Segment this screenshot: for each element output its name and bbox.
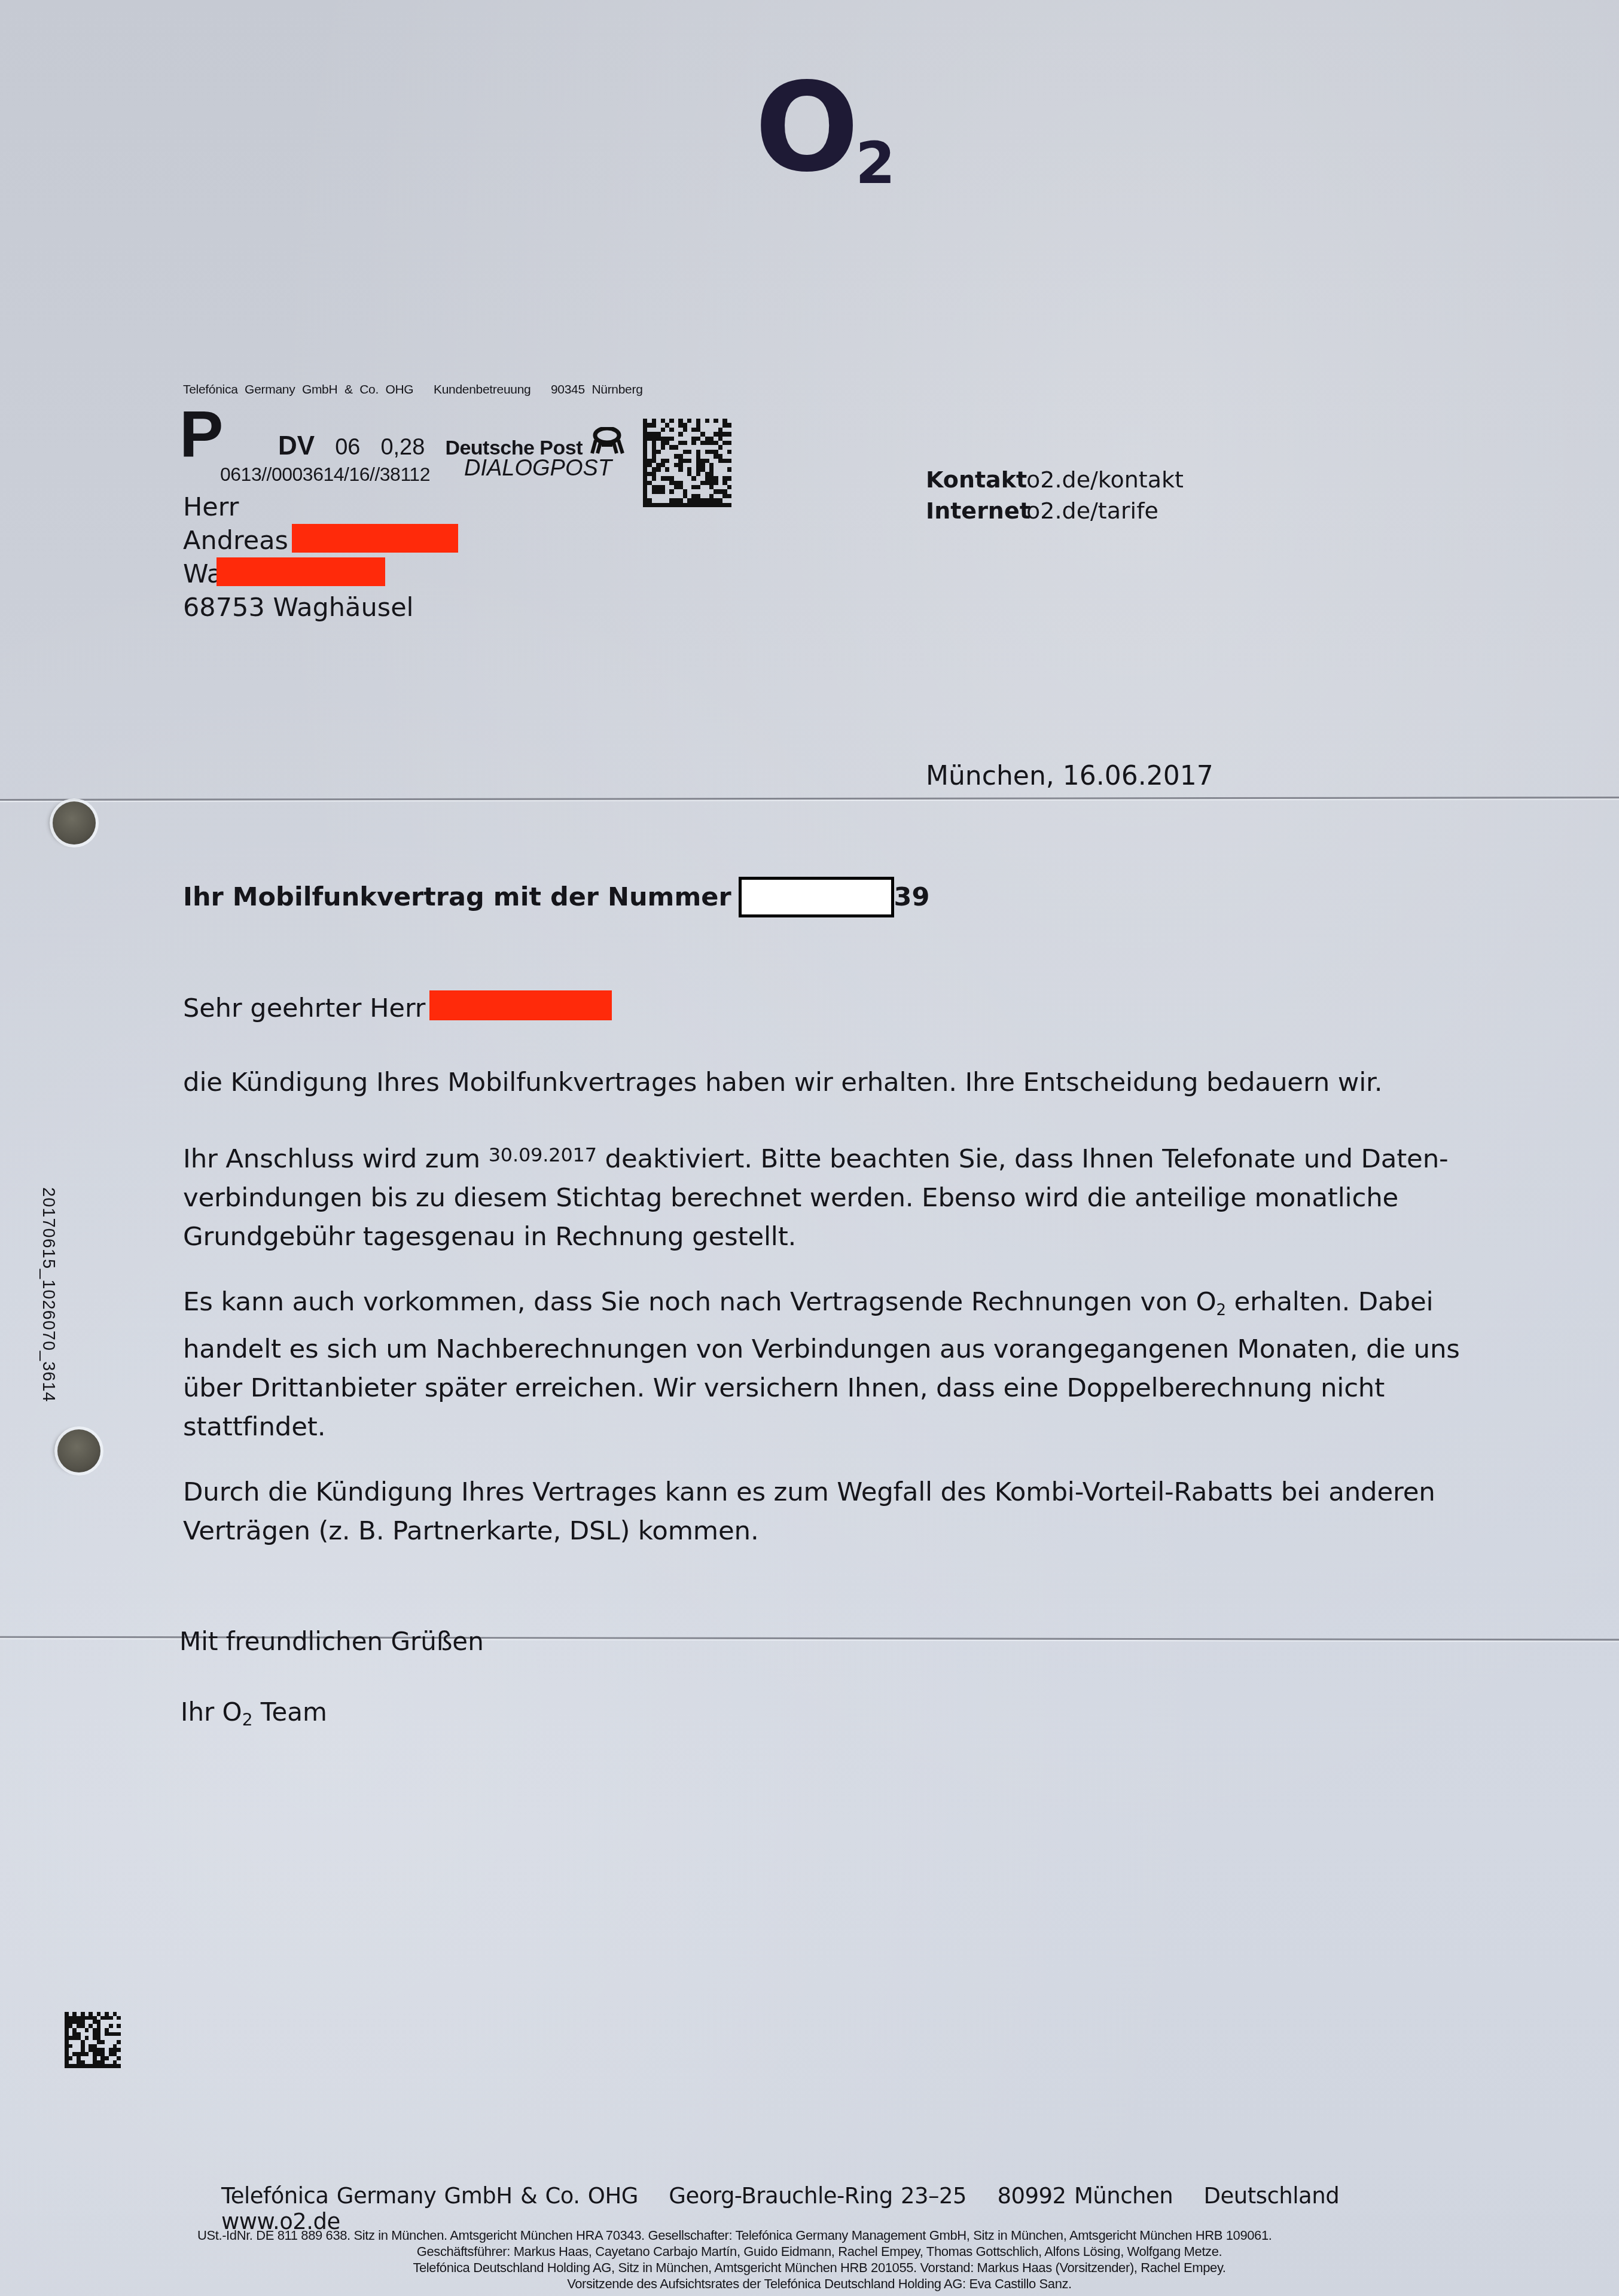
closing: Mit freundlichen Grüßen [179,1627,484,1656]
legal-line: Geschäftsführer: Markus Haas, Cayetano C… [197,2243,1441,2260]
paragraph-later-invoices: Es kann auch vorkommen, dass Sie noch na… [183,1283,1475,1447]
signature: Ihr O2 Team [181,1697,327,1730]
contact-row: Kontakto2.de/kontakt [926,464,1184,495]
datamatrix-code-icon [643,419,731,507]
postage-service: DIALOGPOST [464,456,612,481]
contact-block: Kontakto2.de/kontakt Interneto2.de/tarif… [926,464,1184,526]
postage-dv: DV [278,431,315,461]
posthorn-icon [590,427,624,455]
recipient-address: Herr Andreas Wa 68753 Waghäusel [183,490,458,624]
paragraph-receipt: die Kündigung Ihres Mobilfunkvertrages h… [183,1063,1475,1102]
footer-city: 80992 München [997,2183,1173,2209]
recipient-street-line: Wa [183,557,458,591]
redaction-box [217,557,385,586]
punch-hole [57,1429,100,1472]
postage-price: 0,28 [380,435,425,461]
paragraph-discount: Durch die Kündigung Ihres Vertrages kann… [183,1473,1475,1551]
footer-company: Telefónica Germany GmbH & Co. OHG [221,2183,638,2209]
recipient-city: 68753 Waghäusel [183,591,458,624]
side-tracking-code: 20170615_1026070_3614 [38,1187,58,1402]
internet-link[interactable]: o2.de/tarife [1026,498,1158,524]
redaction-box [292,524,458,553]
letter-date: München, 16.06.2017 [926,761,1214,791]
subject-text: Ihr Mobilfunkvertrag mit der Nummer [183,882,731,912]
recipient-salutation: Herr [183,490,458,524]
postage-p-mark: P [179,402,223,468]
legal-line: Telefónica Deutschland Holding AG, Sitz … [197,2260,1441,2276]
logo-subscript: 2 [855,130,895,197]
o2-logo-icon: O2 [755,67,897,190]
footer-legal: USt.-IdNr. DE 811 889 638. Sitz in Münch… [197,2227,1441,2292]
sender-department: Kundenbetreuung [434,383,531,397]
text: Es kann auch vorkommen, dass Sie noch na… [183,1287,1216,1317]
contact-label: Internet [926,495,1026,526]
subscript: 2 [242,1710,253,1730]
salutation: Sehr geehrter Herr [183,990,612,1023]
punch-hole [53,801,96,844]
datamatrix-code-icon [65,2012,121,2068]
recipient-name-line: Andreas [183,524,458,557]
contact-row: Interneto2.de/tarife [926,495,1184,526]
paragraph-deactivation: Ihr Anschluss wird zum 30.09.2017 deakti… [183,1136,1475,1257]
text: Team [253,1697,327,1727]
text: Ihr Anschluss wird zum [183,1144,480,1174]
contact-label: Kontakt [926,464,1026,495]
legal-line: USt.-IdNr. DE 811 889 638. Sitz in Münch… [197,2227,1441,2243]
postage-reference: 0613//0003614/16//38112 [220,464,430,486]
redaction-box [429,990,612,1020]
footer-country: Deutschland [1204,2183,1340,2209]
legal-line: Vorsitzende des Aufsichtsrates der Telef… [197,2276,1441,2292]
text: Ihr O [181,1697,242,1727]
phone-number-suffix: 39 [894,882,930,912]
deactivation-date: 30.09.2017 [489,1144,597,1166]
recipient-first-name: Andreas [183,526,288,556]
sender-company: Telefónica Germany GmbH & Co. OHG [183,383,413,397]
sender-return-address: Telefónica Germany GmbH & Co. OHG Kunden… [183,383,656,397]
sender-city: 90345 Nürnberg [551,383,643,397]
postage-code: 06 [335,435,360,461]
logo-letter: O [755,57,856,199]
subject-line: Ihr Mobilfunkvertrag mit der Nummer 39 [183,877,929,917]
footer-street: Georg-Brauchle-Ring 23–25 [669,2183,966,2209]
salutation-text: Sehr geehrter Herr [183,993,426,1023]
subscript: 2 [1216,1301,1226,1319]
redaction-box [739,877,894,917]
contact-link[interactable]: o2.de/kontakt [1026,466,1184,493]
